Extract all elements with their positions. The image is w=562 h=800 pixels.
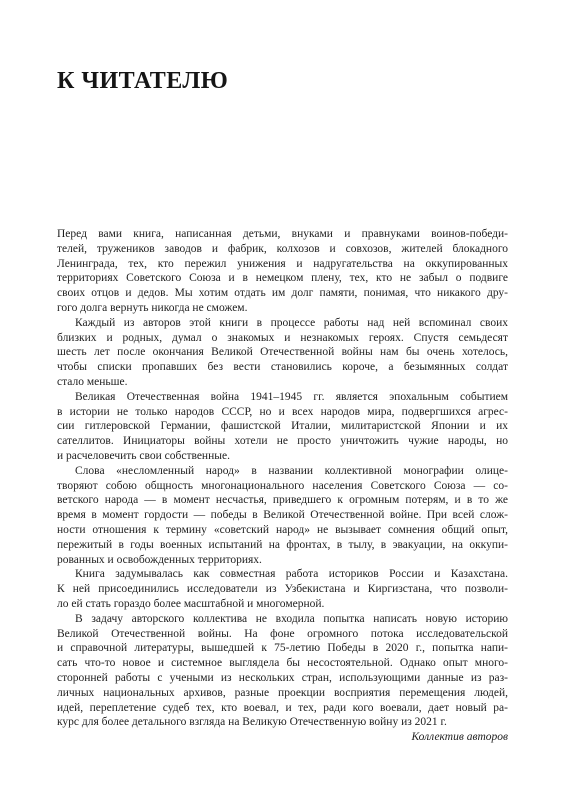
text-line: Книга задумывалась как совместная работа… <box>57 567 508 582</box>
paragraph: Каждый из авторов этой книги в процессе … <box>57 316 508 390</box>
text-line: телей, тружеников заводов и фабрик, колх… <box>57 242 508 257</box>
text-line: территориях Советского Союза и в немецко… <box>57 271 508 286</box>
paragraph: Перед вами книга, написанная детьми, вну… <box>57 227 508 316</box>
text-line: ности отношения к термину «советский нар… <box>57 523 508 538</box>
text-line: Каждый из авторов этой книги в процессе … <box>57 316 508 331</box>
text-line: гого долга вернуть никогда не сможем. <box>57 301 508 316</box>
text-line: сателлитов. Инициаторы войны хотели не п… <box>57 434 508 449</box>
paragraph: Великая Отечественная война 1941–1945 гг… <box>57 390 508 464</box>
text-line: Слова «несломленный народ» в названии ко… <box>57 464 508 479</box>
text-line: ло ей стать гораздо более масштабной и м… <box>57 597 508 612</box>
text-line: В задачу авторского коллектива не входил… <box>57 612 508 627</box>
paragraph: Книга задумывалась как совместная работа… <box>57 567 508 611</box>
book-page: К ЧИТАТЕЛЮ Перед вами книга, написанная … <box>0 0 562 800</box>
text-line: время в момент гордости — победы в Велик… <box>57 508 508 523</box>
text-line: идей, переплетение судеб тех, кто воевал… <box>57 701 508 716</box>
text-line: Великая Отечественная война 1941–1945 гг… <box>57 390 508 405</box>
body-text: Перед вами книга, написанная детьми, вну… <box>57 227 508 730</box>
text-line: сторонней работы с учеными из нескольких… <box>57 671 508 686</box>
text-line: сии гитлеровской Германии, фашистской Ит… <box>57 419 508 434</box>
text-line: и расчеловечить свои собственные. <box>57 449 508 464</box>
text-line: пережитый в годы военных испытаний на фр… <box>57 538 508 553</box>
text-line: чтобы списки пропавших без вести станови… <box>57 360 508 375</box>
text-line: шесть лет после окончания Великой Отечес… <box>57 345 508 360</box>
text-line: рованных и освобожденных территориях. <box>57 553 508 568</box>
text-line: сать что-то новое и системное выглядела … <box>57 656 508 671</box>
text-line: близких и родных, думал о знакомых и нез… <box>57 331 508 346</box>
text-line: личных национальных архивов, разные прое… <box>57 686 508 701</box>
text-line: и справочной литературы, вышедшей к 75-л… <box>57 641 508 656</box>
text-line: Великой Отечественной войны. На фоне огр… <box>57 627 508 642</box>
text-line: своих отцов и дедов. Мы хотим отдать им … <box>57 286 508 301</box>
page-title: К ЧИТАТЕЛЮ <box>57 69 228 93</box>
text-line: стало меньше. <box>57 375 508 390</box>
text-line: творяют собою общность многонациональног… <box>57 479 508 494</box>
text-line: К ней присоединились исследователи из Уз… <box>57 582 508 597</box>
text-line: курс для более детального взгляда на Вел… <box>57 715 508 730</box>
text-line: в истории не только народов СССР, но и в… <box>57 405 508 420</box>
author-signature: Коллектив авторов <box>57 730 508 745</box>
text-line: Ленинграда, тех, кто пережил унижения и … <box>57 257 508 272</box>
paragraph: В задачу авторского коллектива не входил… <box>57 612 508 730</box>
paragraph: Слова «несломленный народ» в названии ко… <box>57 464 508 568</box>
text-line: Перед вами книга, написанная детьми, вну… <box>57 227 508 242</box>
text-line: ветского народа — в момент несчастья, пр… <box>57 493 508 508</box>
